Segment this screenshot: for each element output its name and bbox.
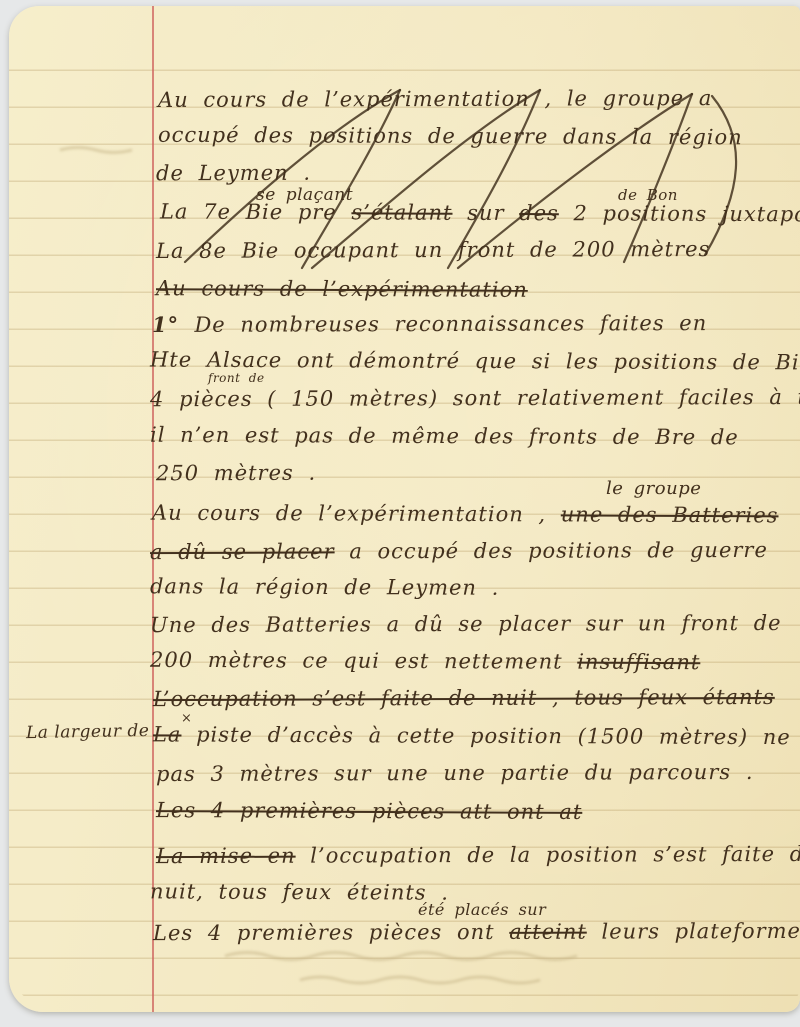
notebook-page	[9, 6, 800, 1012]
scanned-document-stage: La largeur de Au cours de l’expérimentat…	[0, 0, 800, 1027]
red-margin-line	[152, 6, 154, 1012]
ruled-lines	[9, 34, 800, 1002]
